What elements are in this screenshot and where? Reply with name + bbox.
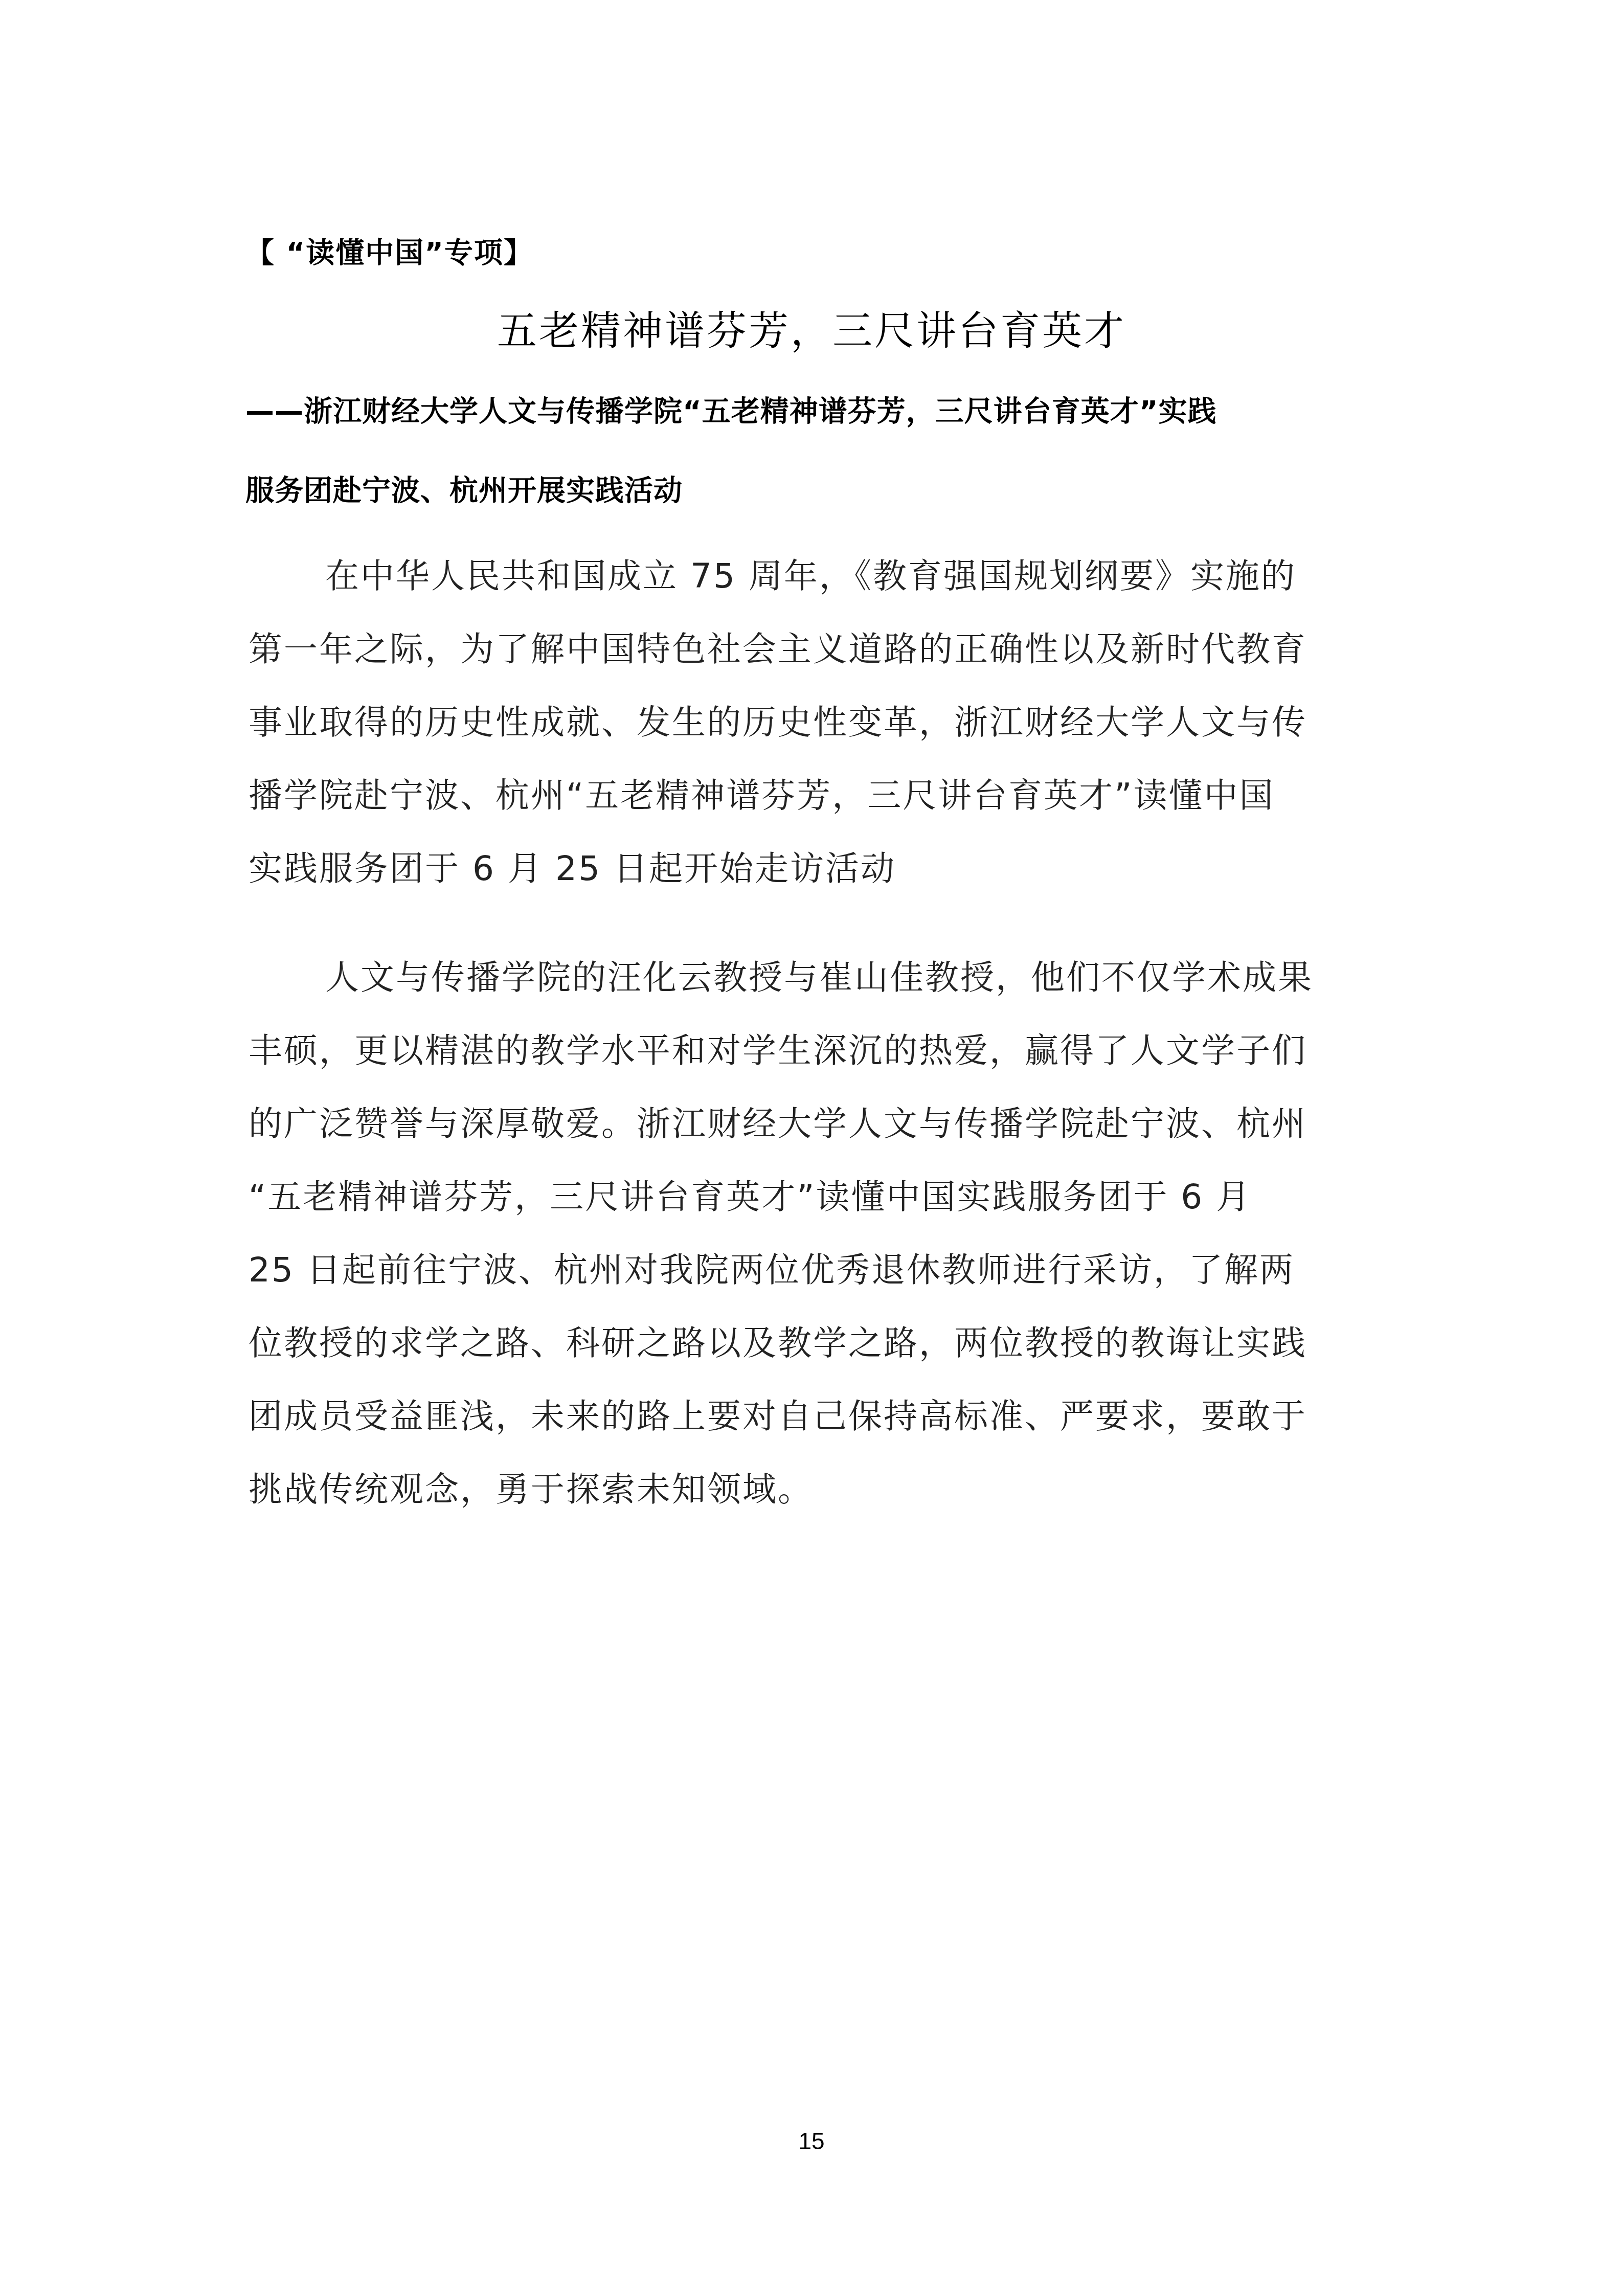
paragraph-2: 人文与传播学院的汪化云教授与崔山佳教授，他们不仅学术成果 丰硕，更以精湛的教学水… [249,941,1389,1526]
section-tag: 【 “读懂中国”专项】 [245,230,533,271]
document-page: 【 “读懂中国”专项】 五老精神谱芬芳，三尺讲台育英才 ——浙江财经大学人文与传… [0,0,1623,2296]
paragraph-line: 在中华人民共和国成立 75 周年，《教育强国规划纲要》实施的 [249,539,1389,613]
paragraph-line: 的广泛赞誉与深厚敬爱。浙江财经大学人文与传播学院赴宁波、杭州 [249,1087,1389,1160]
paragraph-line: 25 日起前往宁波、杭州对我院两位优秀退休教师进行采访，了解两 [249,1233,1389,1307]
paragraph-line: 位教授的求学之路、科研之路以及教学之路，两位教授的教诲让实践 [249,1307,1389,1380]
paragraph-line: 团成员受益匪浅，未来的路上要对自己保持高标准、严要求，要敢于 [249,1380,1389,1453]
paragraph-line: 播学院赴宁波、杭州“五老精神谱芬芳，三尺讲台育英才”读懂中国 [249,759,1389,832]
paragraph-line: “五老精神谱芬芳，三尺讲台育英才”读懂中国实践服务团于 6 月 [249,1160,1389,1233]
paragraph-1: 在中华人民共和国成立 75 周年，《教育强国规划纲要》实施的 第一年之际，为了解… [249,539,1389,905]
paragraph-line: 挑战传统观念，勇于探索未知领域。 [249,1453,1389,1526]
paragraph-line: 事业取得的历史性成就、发生的历史性变革，浙江财经大学人文与传 [249,686,1389,759]
paragraph-line: 第一年之际，为了解中国特色社会主义道路的正确性以及新时代教育 [249,613,1389,686]
paragraph-line: 人文与传播学院的汪化云教授与崔山佳教授，他们不仅学术成果 [249,941,1389,1014]
paragraph-line: 实践服务团于 6 月 25 日起开始走访活动 [249,832,1389,905]
page-number: 15 [0,2127,1623,2155]
article-subtitle-line-2: 服务团赴宁波、杭州开展实践活动 [245,468,1391,509]
article-title: 五老精神谱芬芳，三尺讲台育英才 [0,299,1623,356]
paragraph-line: 丰硕，更以精湛的教学水平和对学生深沉的热爱，赢得了人文学子们 [249,1014,1389,1087]
article-subtitle-line-1: ——浙江财经大学人文与传播学院“五老精神谱芬芳，三尺讲台育英才”实践 [245,389,1391,430]
